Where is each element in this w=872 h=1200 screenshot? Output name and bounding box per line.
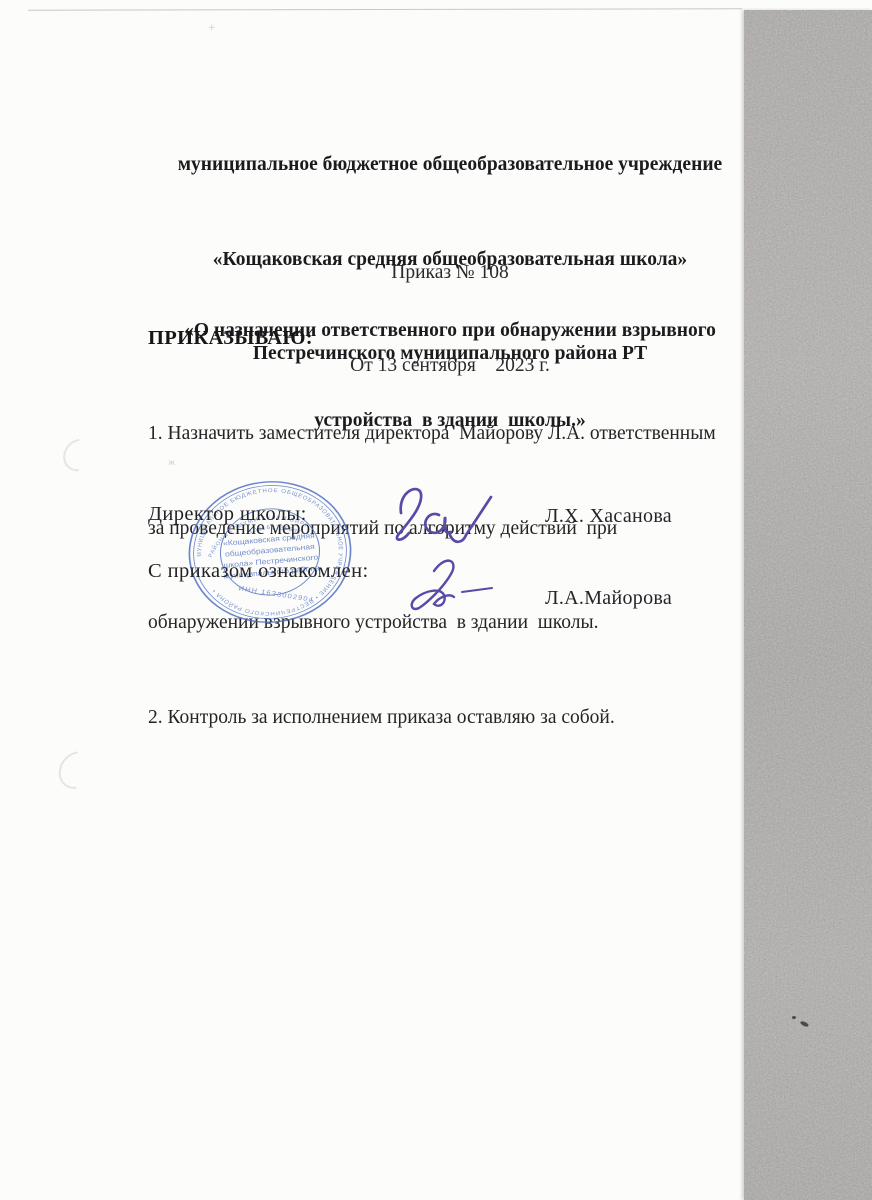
director-name: Л.Х. Хасанова — [545, 505, 672, 528]
body-line: 1. Назначить заместителя директора Майор… — [148, 418, 758, 450]
stamp-graphic: МУНИЦИПАЛЬНОЕ БЮДЖЕТНОЕ ОБЩЕОБРАЗОВАТЕЛЬ… — [180, 472, 360, 632]
command-heading: ПРИКАЗЫВАЮ: — [148, 327, 313, 350]
director-signature-ink — [385, 481, 513, 561]
dust-speck: + — [208, 24, 216, 33]
scanned-document-page: + * ж муниципальное бюджетное общеобразо… — [0, 0, 872, 1200]
acknowledged-label: С приказом ознакомлен: — [148, 560, 369, 583]
school-round-stamp: МУНИЦИПАЛЬНОЕ БЮДЖЕТНОЕ ОБЩЕОБРАЗОВАТЕЛЬ… — [180, 472, 360, 632]
paper-crease-artifact — [51, 744, 103, 796]
director-label: Директор школы: — [148, 503, 307, 526]
acknowledged-signature-ink — [402, 551, 506, 625]
stamp-inn-number: ИНН 1633002904 — [238, 585, 315, 604]
scan-hairline-artifact — [28, 8, 742, 10]
org-name-line-1: муниципальное бюджетное общеобразователь… — [120, 149, 780, 181]
paper-crease-artifact — [57, 432, 102, 477]
acknowledged-name: Л.А.Майорова — [545, 587, 672, 610]
body-line: 2. Контроль за исполнением приказа остав… — [148, 702, 758, 734]
band-dark-speck — [792, 1016, 796, 1019]
